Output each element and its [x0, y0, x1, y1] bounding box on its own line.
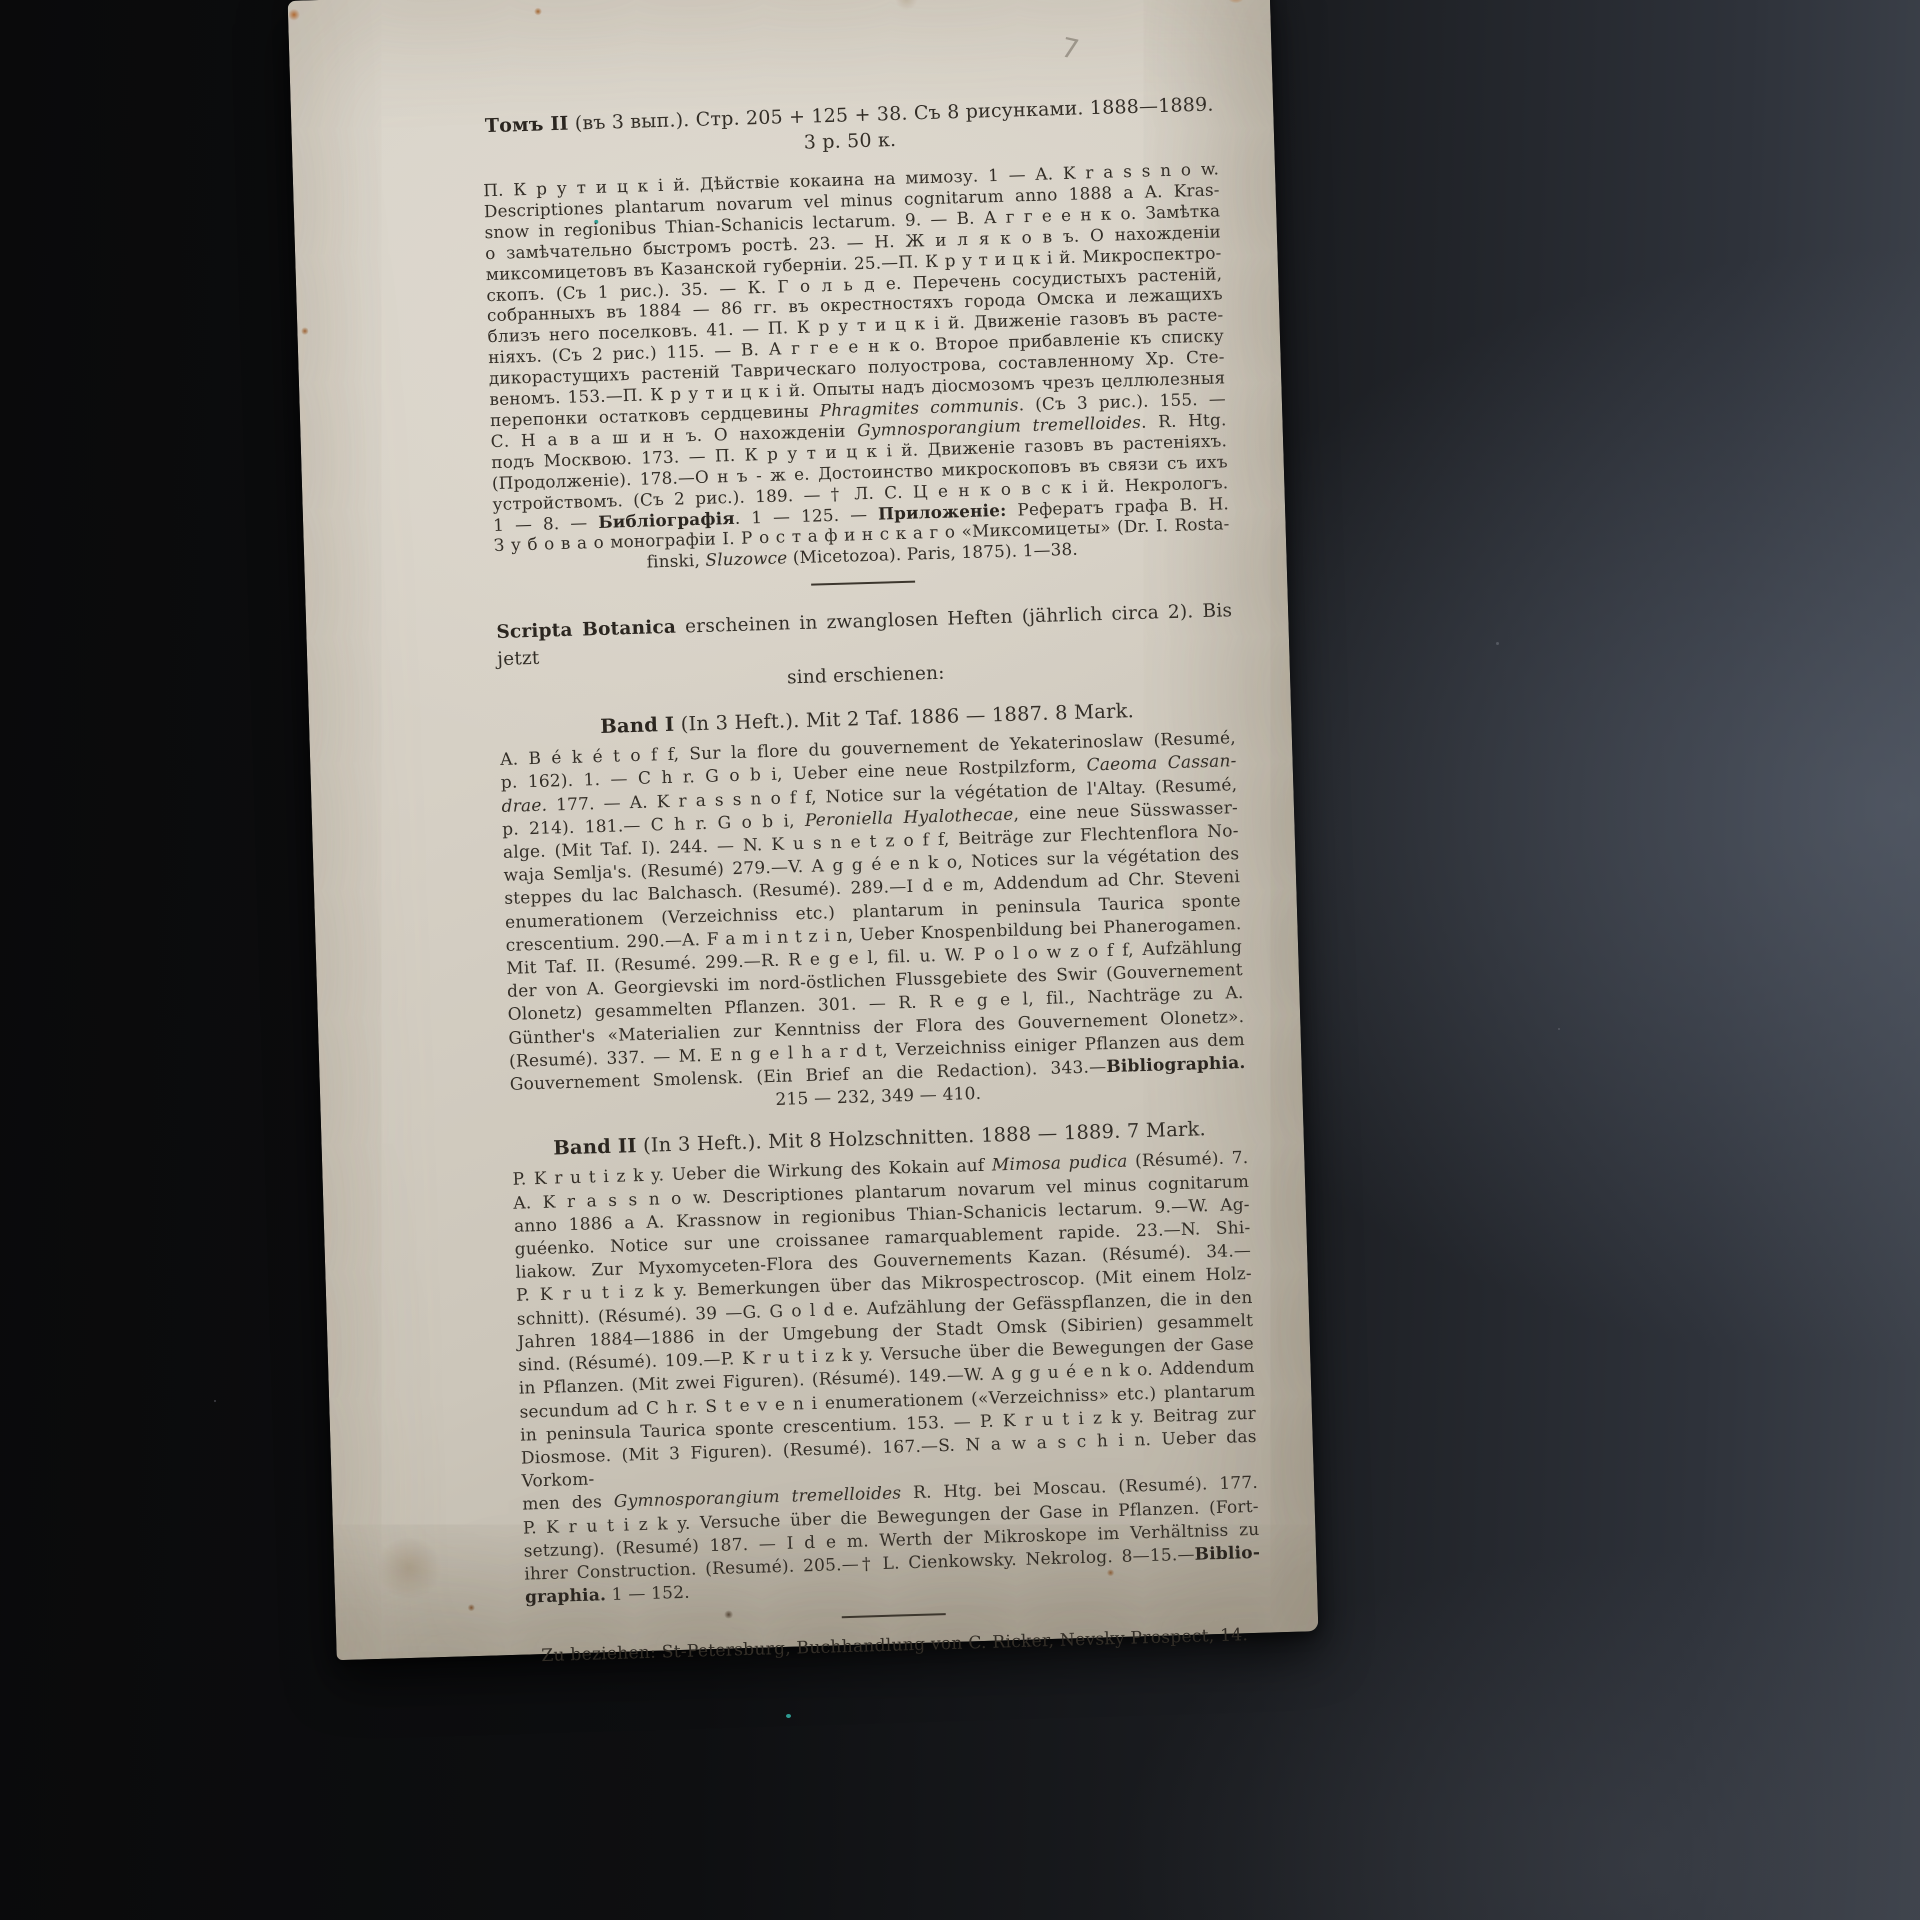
stain-spot: [301, 326, 308, 335]
band2-label: Band II: [553, 1135, 637, 1160]
separator-rule: [811, 581, 915, 586]
dust-speck: [1496, 642, 1499, 645]
band1-title-rest: (In 3 Heft.). Mit 2 Taf. 1886 — 1887. 8 …: [674, 699, 1134, 736]
band1-label: Band I: [600, 713, 675, 738]
band1-contents-paragraph: A. B é k é t o f f, Sur la flore du gouv…: [500, 727, 1247, 1120]
dust-speck: [1558, 1028, 1560, 1030]
pencil-mark: 7: [1058, 32, 1081, 66]
teal-fiber-speck: [786, 1714, 791, 1718]
stain-spot: [1226, 0, 1246, 3]
band2-contents-paragraph: P. K r u t i z k y. Ueber die Wirkung de…: [512, 1147, 1261, 1609]
separator-rule: [842, 1613, 946, 1618]
document-page: 7 Томъ II (въ 3 вып.). Стр. 205 + 125 + …: [288, 0, 1319, 1660]
scripta-botanica-label: Scripta Botanica: [496, 617, 676, 643]
scripta-botanica-intro: Scripta Botanica erscheinen in zwanglose…: [496, 597, 1234, 700]
purchase-info-line: Zu beziehen: St-Petersburg, Buchhandlung…: [526, 1623, 1262, 1669]
stain-spot: [467, 1604, 475, 1611]
stain-spot: [288, 9, 300, 21]
stain-spot: [373, 1537, 445, 1599]
russian-contents-paragraph: П. К р у т и ц к і й. Дѣйствіе кокаина н…: [483, 158, 1230, 577]
printed-text-column: Томъ II (въ 3 вып.). Стр. 205 + 125 + 38…: [481, 91, 1263, 1668]
stain-spot: [534, 7, 542, 15]
russian-contents-lines: П. К р у т и ц к і й. Дѣйствіе кокаина н…: [483, 158, 1230, 556]
photo-background: 7 Томъ II (въ 3 вып.). Стр. 205 + 125 + …: [0, 0, 1920, 1920]
band2-contents-lines: P. K r u t i z k y. Ueber die Wirkung de…: [512, 1147, 1260, 1586]
dust-speck: [214, 1400, 216, 1402]
band1-contents-lines: A. B é k é t o f f, Sur la flore du gouv…: [500, 727, 1246, 1097]
volume-label: Томъ II: [485, 113, 569, 137]
